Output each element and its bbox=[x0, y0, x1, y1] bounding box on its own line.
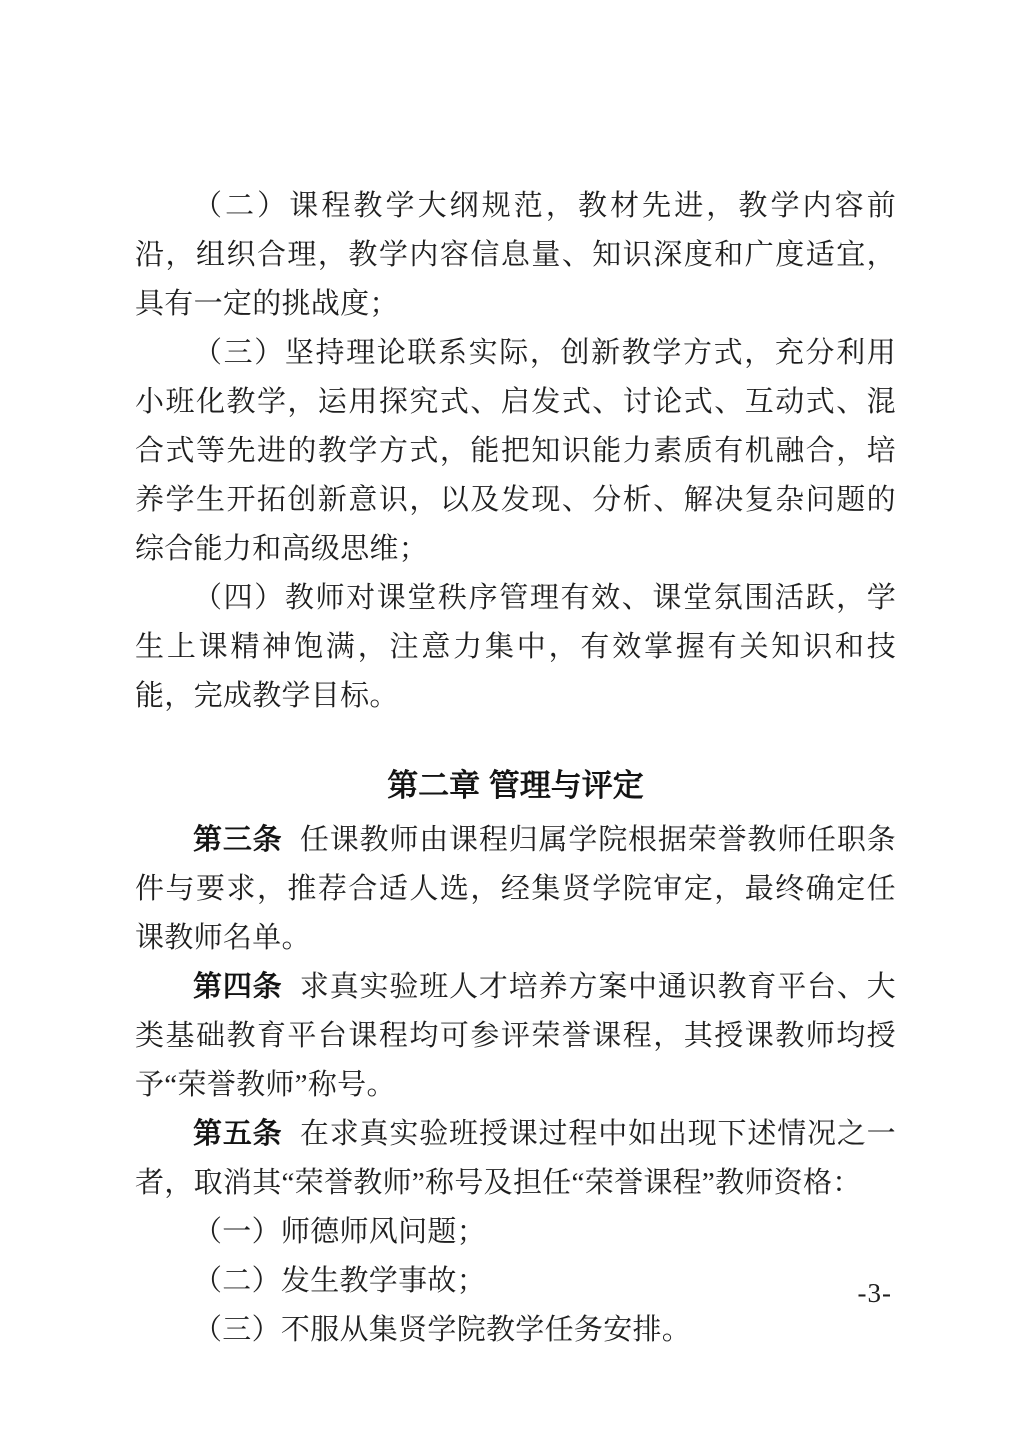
article-3: 第三条任课教师由课程归属学院根据荣誉教师任职条件与要求，推荐合适人选，经集贤学院… bbox=[135, 816, 896, 963]
list-item-2: （二）课程教学大纲规范，教材先进，教学内容前沿，组织合理，教学内容信息量、知识深… bbox=[135, 182, 896, 329]
sub-item-1: （一）师德师风问题； bbox=[135, 1208, 896, 1257]
article-3-label: 第三条 bbox=[193, 824, 283, 856]
article-5: 第五条在求真实验班授课过程中如出现下述情况之一者，取消其“荣誉教师”称号及担任“… bbox=[135, 1110, 896, 1208]
page-number: -3- bbox=[858, 1278, 892, 1309]
document-body: （二）课程教学大纲规范，教材先进，教学内容前沿，组织合理，教学内容信息量、知识深… bbox=[135, 182, 896, 1355]
document-page: （二）课程教学大纲规范，教材先进，教学内容前沿，组织合理，教学内容信息量、知识深… bbox=[0, 0, 1024, 1448]
article-4-label: 第四条 bbox=[193, 971, 283, 1003]
chapter-heading: 第二章 管理与评定 bbox=[135, 761, 896, 810]
article-5-label: 第五条 bbox=[193, 1118, 283, 1150]
sub-item-2: （二）发生教学事故； bbox=[135, 1257, 896, 1306]
sub-item-3: （三）不服从集贤学院教学任务安排。 bbox=[135, 1306, 896, 1355]
list-item-4: （四）教师对课堂秩序管理有效、课堂氛围活跃，学生上课精神饱满，注意力集中，有效掌… bbox=[135, 574, 896, 721]
list-item-3: （三）坚持理论联系实际，创新教学方式，充分利用小班化教学，运用探究式、启发式、讨… bbox=[135, 329, 896, 574]
article-4: 第四条求真实验班人才培养方案中通识教育平台、大类基础教育平台课程均可参评荣誉课程… bbox=[135, 963, 896, 1110]
